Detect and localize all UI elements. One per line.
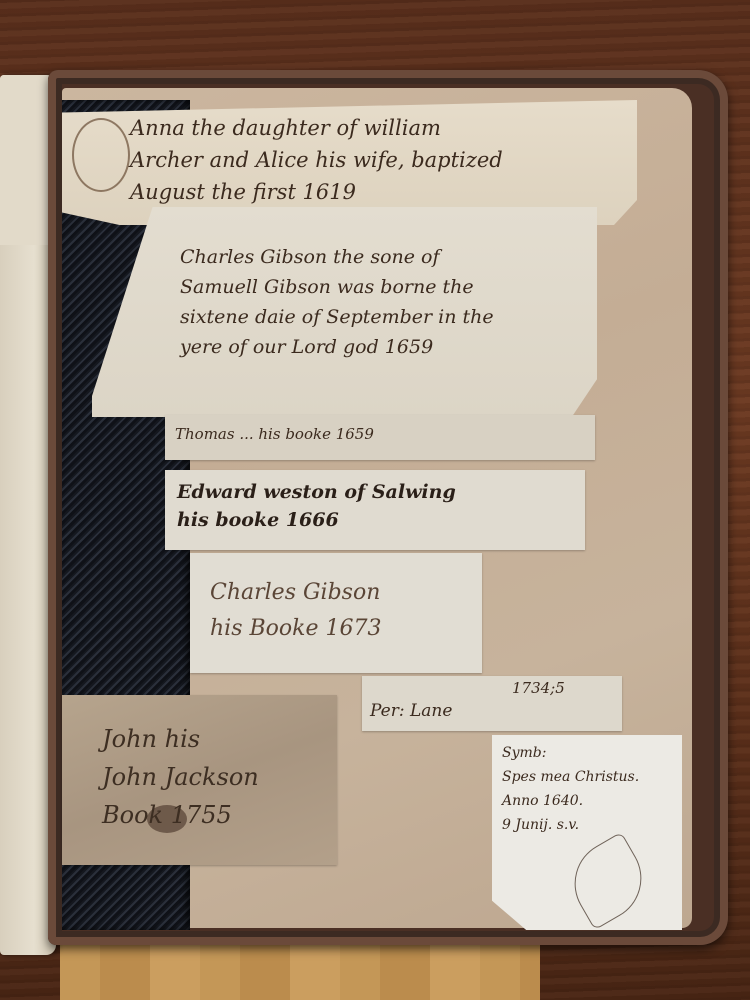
slip-line: August the first 1619: [130, 176, 503, 208]
slip-owner-1659: Thomas ... his booke 1659: [165, 415, 595, 460]
slip-line: Anno 1640.: [502, 789, 639, 813]
slip-line: Samuell Gibson was borne the: [180, 272, 494, 302]
slip-owner-1734: Per: Lane 1734;5: [362, 676, 622, 731]
slip-owner-1673: Charles Gibson his Booke 1673: [190, 553, 482, 673]
flourish-icon: [72, 118, 130, 192]
slip-owner-1755: John his John Jackson Book 1755: [62, 695, 337, 865]
slip-line: sixtene daie of September in the: [180, 302, 494, 332]
slip-line: Archer and Alice his wife, baptized: [130, 144, 503, 176]
slip-line: Symb:: [502, 741, 639, 765]
slip-line: Spes mea Christus.: [502, 765, 639, 789]
slip-line: Book 1755: [102, 796, 259, 834]
slip-owner-1666: Edward weston of Salwing his booke 1666: [165, 470, 585, 550]
slip-line: Charles Gibson the sone of: [180, 242, 494, 272]
owner-name: Per: Lane: [370, 701, 452, 721]
slip-line: his booke 1666: [177, 506, 456, 534]
slip-line: 9 Junij. s.v.: [502, 813, 639, 837]
slip-baptism-1619: Anna the daughter of william Archer and …: [62, 100, 637, 225]
owner-date: 1734;5: [512, 679, 565, 697]
slip-line: Thomas ... his booke 1659: [175, 425, 374, 443]
slip-line: yere of our Lord god 1659: [180, 332, 494, 362]
slip-birth-1659: Charles Gibson the sone of Samuell Gibso…: [92, 207, 597, 417]
slip-line: his Booke 1673: [210, 611, 381, 647]
slip-line: Charles Gibson: [210, 575, 381, 611]
slip-line: John his: [102, 720, 259, 758]
slip-line: Anna the daughter of william: [130, 112, 503, 144]
slip-line: John Jackson: [102, 758, 259, 796]
signature-flourish-icon: [559, 832, 657, 930]
slip-line: Edward weston of Salwing: [177, 478, 456, 506]
slip-motto-1640: Symb: Spes mea Christus. Anno 1640. 9 Ju…: [492, 735, 682, 930]
